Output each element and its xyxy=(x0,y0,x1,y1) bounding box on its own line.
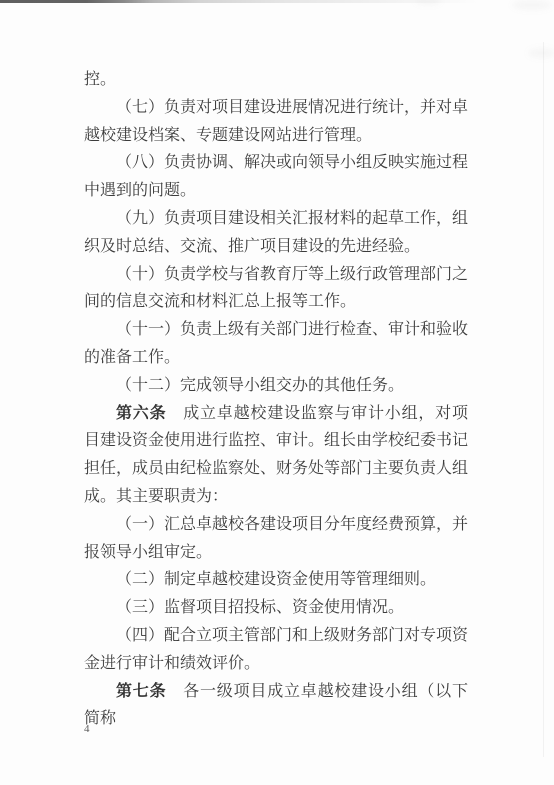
paragraph: （一）汇总卓越校各建设项目分年度经费预算，并报领导小组审定。 xyxy=(84,511,468,567)
scan-smudge xyxy=(512,0,552,10)
paragraph: 控。 xyxy=(84,66,468,94)
paragraph: （十二）完成领导小组交办的其他任务。 xyxy=(84,372,468,400)
paragraph: （四）配合立项主管部门和上级财务部门对专项资金进行审计和绩效评价。 xyxy=(84,622,468,678)
document-body-text: 控。（七）负责对项目建设进展情况进行统计，并对卓越校建设档案、专题建设网站进行管… xyxy=(84,66,468,733)
paragraph: （七）负责对项目建设进展情况进行统计，并对卓越校建设档案、专题建设网站进行管理。 xyxy=(84,94,468,150)
article-paragraph: 第六条 成立卓越校建设监察与审计小组，对项目建设资金使用进行监控、审计。组长由学… xyxy=(84,400,468,511)
scan-smudge xyxy=(415,0,441,5)
article-number-heading: 第七条 xyxy=(116,683,166,700)
paragraph: （十）负责学校与省教育厅等上级行政管理部门之间的信息交流和材料汇总上报等工作。 xyxy=(84,261,468,317)
paragraph: （三）监督项目招投标、资金使用情况。 xyxy=(84,594,468,622)
document-page: 控。（七）负责对项目建设进展情况进行统计，并对卓越校建设档案、专题建设网站进行管… xyxy=(0,0,554,785)
scan-artifact-right-edge xyxy=(543,42,544,757)
page-number: 4 xyxy=(84,722,90,736)
article-paragraph: 第七条 各一级项目成立卓越校建设小组（以下简称 xyxy=(84,678,468,734)
scan-smudge xyxy=(528,48,554,58)
paragraph: （八）负责协调、解决或向领导小组反映实施过程中遇到的问题。 xyxy=(84,149,468,205)
scan-artifact-top-edge xyxy=(0,0,478,3)
paragraph: （九）负责项目建设相关汇报材料的起草工作，组织及时总结、交流、推广项目建设的先进… xyxy=(84,205,468,261)
article-number-heading: 第六条 xyxy=(116,405,166,422)
paragraph: （十一）负责上级有关部门进行检查、审计和验收的准备工作。 xyxy=(84,316,468,372)
paragraph: （二）制定卓越校建设资金使用等管理细则。 xyxy=(84,566,468,594)
